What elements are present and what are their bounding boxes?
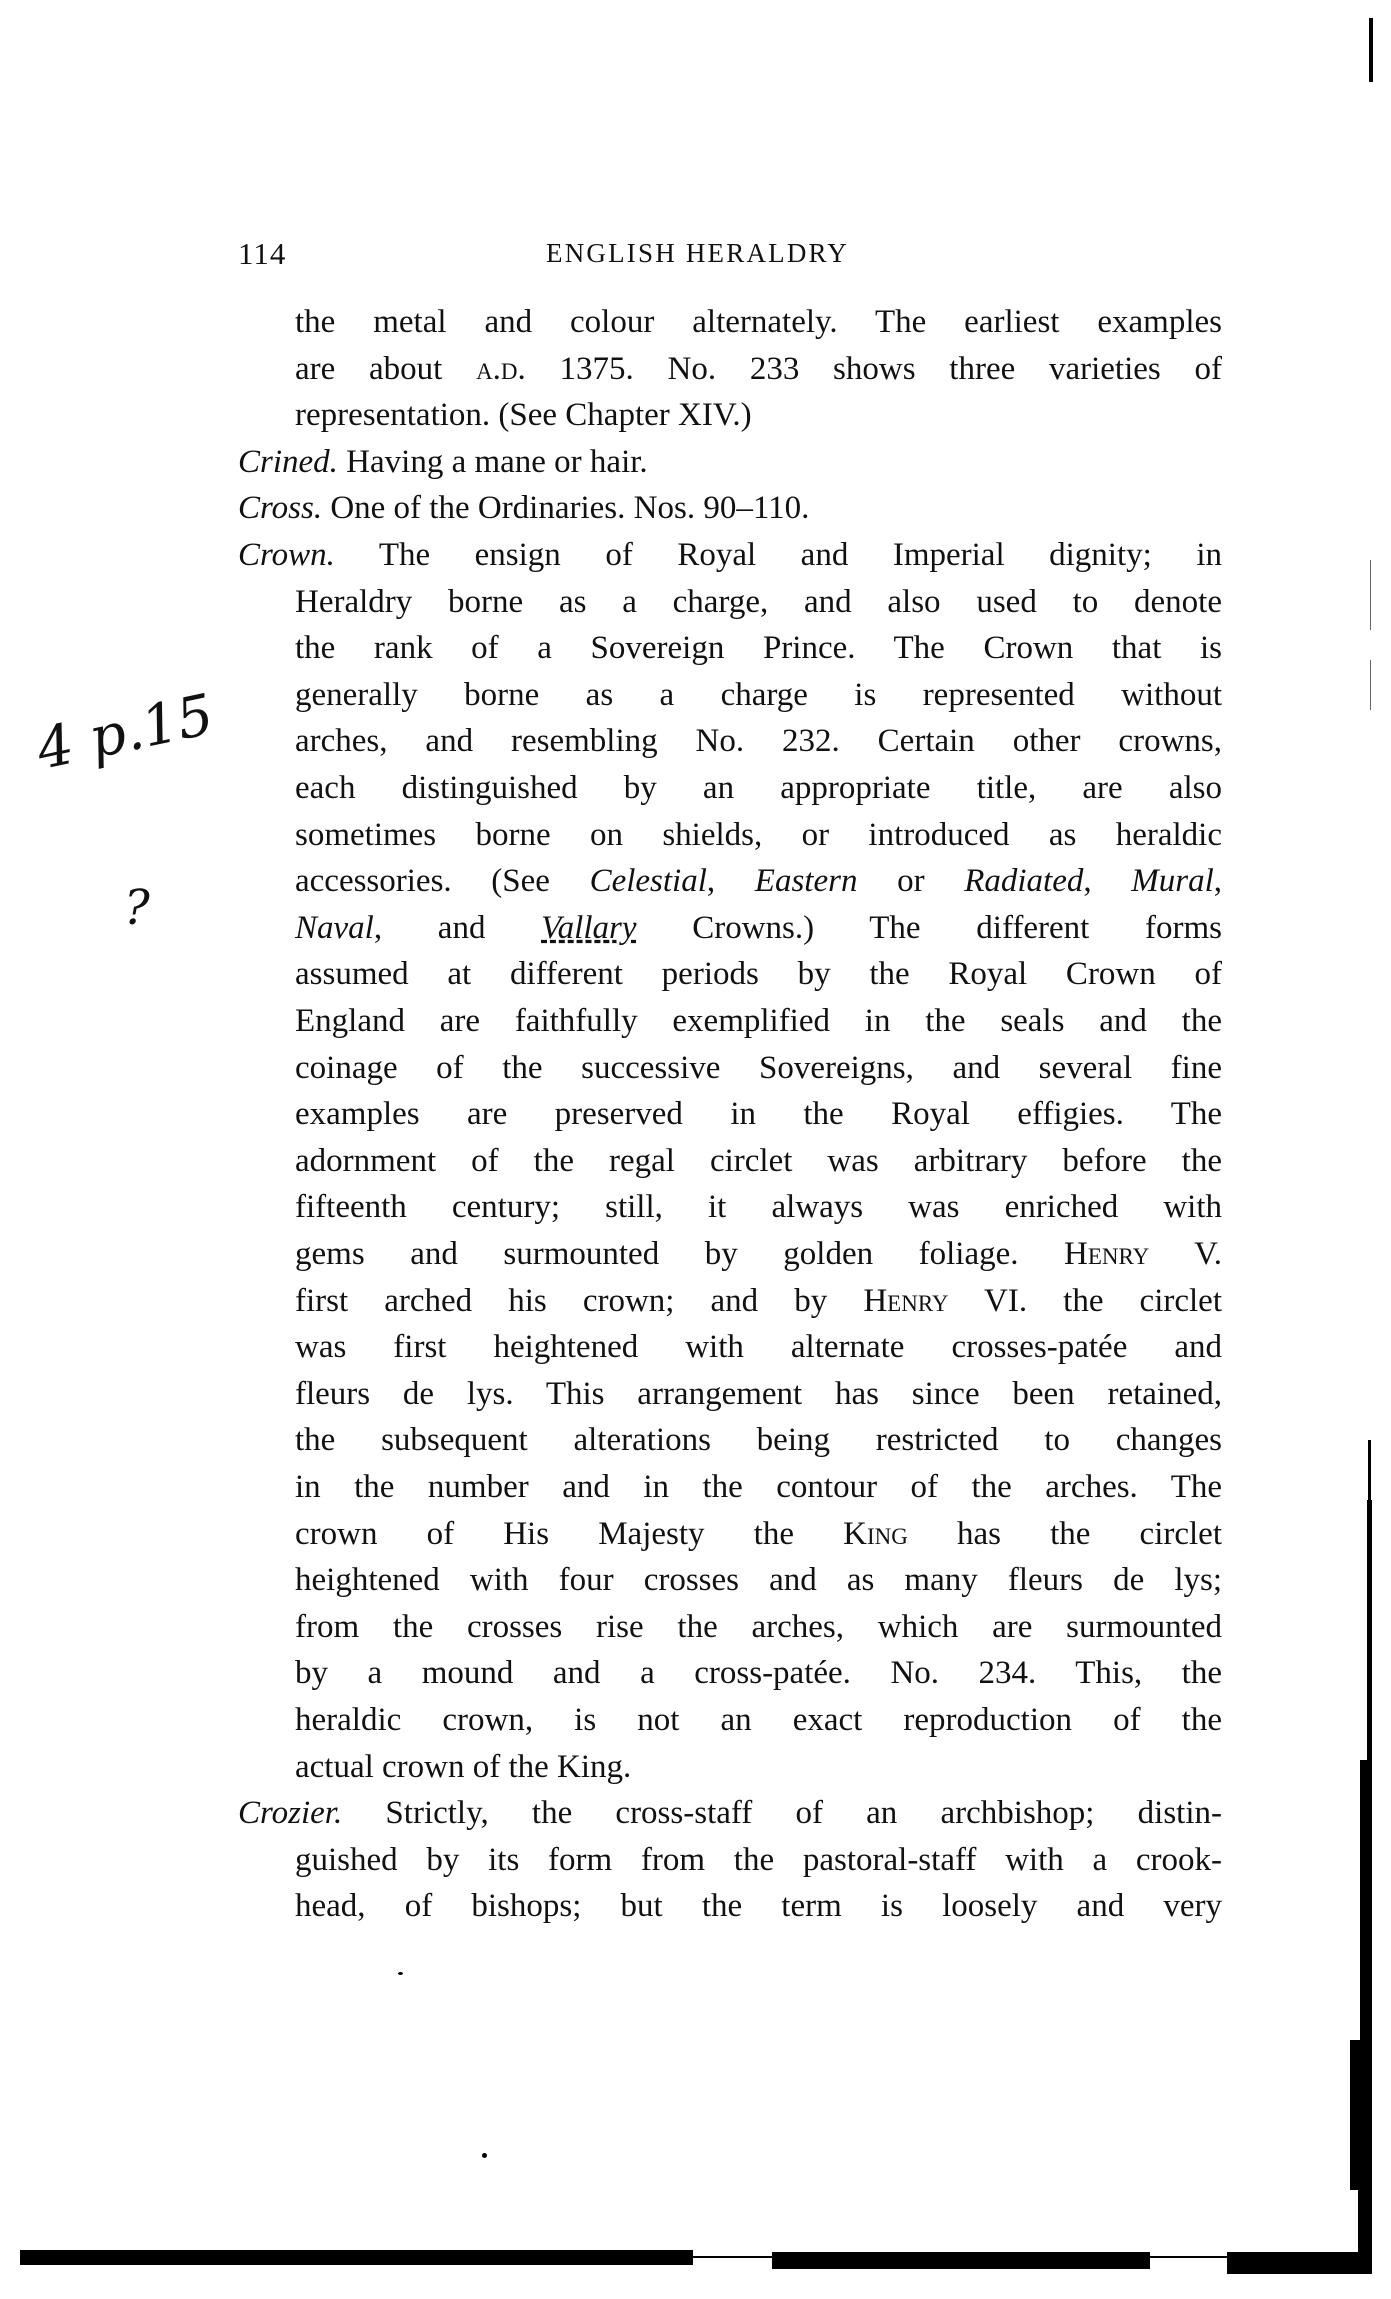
text-line: Naval, and Vallary Crowns.) The differen…	[295, 905, 1222, 951]
scanned-book-page: 114 ENGLISH HERALDRY the metal and colou…	[0, 0, 1391, 2299]
entry-term: Crined.	[238, 444, 338, 480]
entry-term: Cross.	[238, 490, 322, 526]
text-line: from the crosses rise the arches, which …	[295, 1604, 1222, 1650]
scan-bottom-line	[1150, 2256, 1228, 2258]
text-line: adornment of the regal circlet was arbit…	[295, 1138, 1222, 1184]
text-line: first arched his crown; and by Henry VI.…	[295, 1278, 1222, 1324]
entry-term: Crown.	[238, 537, 335, 573]
scan-speck	[398, 1972, 403, 1975]
text-line: head, of bishops; but the term is loosel…	[295, 1883, 1222, 1929]
text-line: arches, and resembling No. 232. Certain …	[295, 718, 1222, 764]
scan-bottom-bar	[772, 2252, 1150, 2269]
text-line: gems and surmounted by golden foliage. H…	[295, 1231, 1222, 1277]
text-line: heightened with four crosses and as many…	[295, 1557, 1222, 1603]
text-line: the metal and colour alternately. The ea…	[295, 299, 1222, 345]
entry-crined: Crined. Having a mane or hair.	[238, 439, 1222, 485]
scan-speck	[482, 2153, 487, 2158]
text-line: fleurs de lys. This arrangement has sinc…	[295, 1371, 1222, 1417]
page-number: 114	[238, 236, 286, 272]
text-line: guished by its form from the pastoral-st…	[295, 1837, 1222, 1883]
entry-crozier: Crozier. Strictly, the cross-staff of an…	[238, 1790, 1222, 1836]
scan-edge-mark	[1369, 18, 1373, 82]
text-line: representation. (See Chapter XIV.)	[295, 392, 1222, 438]
scan-bottom-bar	[20, 2250, 693, 2265]
scan-edge-mark	[1370, 660, 1371, 710]
text-line: the rank of a Sovereign Prince. The Crow…	[295, 625, 1222, 671]
text-line: in the number and in the contour of the …	[295, 1464, 1222, 1510]
handwritten-note: 4 p.15	[31, 682, 219, 783]
entry-term: Crozier.	[238, 1795, 342, 1831]
text-line: assumed at different periods by the Roya…	[295, 951, 1222, 997]
scan-edge-band	[1367, 1500, 1372, 1760]
text-line: are about a.d. 1375. No. 233 shows three…	[295, 346, 1222, 392]
text-line: generally borne as a charge is represent…	[295, 672, 1222, 718]
scan-bottom-line	[693, 2256, 773, 2258]
text-line: was first heightened with alternate cros…	[295, 1324, 1222, 1370]
entry-cross: Cross. One of the Ordinaries. Nos. 90–11…	[238, 485, 1222, 531]
text-line: by a mound and a cross-patée. No. 234. T…	[295, 1650, 1222, 1696]
scan-edge-band	[1360, 1760, 1372, 2040]
scan-edge-band	[1350, 2040, 1372, 2190]
text-line: heraldic crown, is not an exact reproduc…	[295, 1697, 1222, 1743]
text-line: accessories. (See Celestial, Eastern or …	[295, 858, 1222, 904]
text-line: fifteenth century; still, it always was …	[295, 1184, 1222, 1230]
text-line: sometimes borne on shields, or introduce…	[295, 812, 1222, 858]
entry-crown: Crown. The ensign of Royal and Imperial …	[238, 532, 1222, 578]
text-line: Heraldry borne as a charge, and also use…	[295, 579, 1222, 625]
scan-bottom-bar	[1227, 2252, 1372, 2274]
scan-edge-mark	[1368, 1440, 1371, 1500]
text-line: each distinguished by an appropriate tit…	[295, 765, 1222, 811]
running-title: ENGLISH HERALDRY	[546, 238, 849, 269]
text-line: coinage of the successive Sovereigns, an…	[295, 1045, 1222, 1091]
text-line: actual crown of the King.	[295, 1744, 1222, 1790]
text-line: the subsequent alterations being restric…	[295, 1417, 1222, 1463]
text-line: crown of His Majesty the King has the ci…	[295, 1511, 1222, 1557]
handwritten-question-mark: ?	[124, 880, 150, 936]
text-line: examples are preserved in the Royal effi…	[295, 1091, 1222, 1137]
text-line: England are faithfully exemplified in th…	[295, 998, 1222, 1044]
scan-edge-mark	[1370, 560, 1371, 630]
running-head: 114 ENGLISH HERALDRY	[238, 236, 1222, 272]
